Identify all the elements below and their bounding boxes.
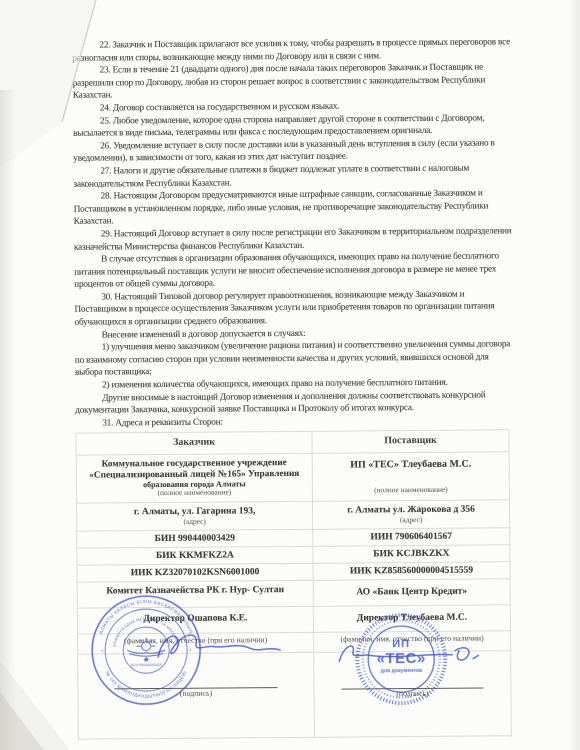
supplier-address-caption: (адрес) — [317, 515, 505, 525]
customer-signature-line — [114, 661, 278, 689]
clause: 25. Любое уведомление, которое одна стор… — [73, 111, 511, 140]
clause: 23. Если в течение 21 (двадцати одного) … — [73, 60, 511, 101]
supplier-bank-cell: АО «Банк Центр Кредит» — [313, 579, 510, 607]
customer-name-caption: (полное наименование) — [81, 488, 308, 498]
supplier-role-cell: Поставщик — [312, 430, 509, 454]
supplier-iin-cell: ИИН 790606401567 — [313, 528, 510, 547]
customer-bin: БИН 990440003429 — [81, 530, 308, 546]
contract-clauses: 22. Заказчик и Поставщик прилагают все у… — [72, 35, 513, 429]
clause: 31. Адреса и реквизиты Сторон: — [75, 413, 513, 429]
supplier-name-cell: ИП «ТЕС» Тлеубаева М.С. (полное наименов… — [312, 452, 509, 502]
supplier-signature-cell: (подпись) — [314, 651, 512, 738]
customer-director: Директор Ошапова К.Е. — [82, 607, 309, 626]
supplier-bik: БИК KCJBKZKX — [317, 545, 505, 560]
supplier-director-cell: Директор Тлеубаева М.С. — [313, 605, 510, 633]
customer-address-cell: г. Алматы, ул. Гагарина 193, (адрес) — [77, 501, 313, 531]
customer-address-caption: (адрес) — [81, 517, 308, 527]
supplier-iik: ИИК KZ858560000004515559 — [317, 562, 505, 577]
clause: 29. Настоящий Договор вступает в силу по… — [74, 224, 512, 253]
supplier-name-caption: (полное наименование) — [317, 485, 505, 495]
customer-bank-cell: Комитет Казначейства РК г. Нур- Султан — [77, 580, 313, 608]
customer-name-line1: Коммунальное государственное учреждение — [81, 454, 308, 470]
clause: 28. Настоящим Договором предусматриваютс… — [74, 186, 512, 227]
supplier-director: Директор Тлеубаева М.С. — [318, 605, 506, 624]
customer-bin-cell: БИН 990440003429 — [77, 529, 313, 548]
customer-fio-caption: (фамилия, имя, отчество (при его наличии… — [82, 633, 309, 646]
customer-name-cell: Коммунальное государственное учреждение … — [76, 453, 312, 503]
clause: Другие вносимые в настоящий Договор изме… — [75, 388, 513, 417]
customer-signature-cell: (подпись) — [78, 652, 315, 739]
supplier-fio-caption: (фамилия, имя, отчество (при его наличии… — [318, 631, 506, 644]
customer-bank: Комитет Казначейства РК г. Нур- Султан — [82, 581, 309, 598]
clause: В случае отсутствия в организации образо… — [74, 249, 512, 290]
clause: 1) улучшения меню заказчиком (увеличение… — [75, 337, 513, 378]
supplier-iin: ИИН 790606401567 — [317, 528, 505, 543]
supplier-iik-cell: ИИК KZ858560000004515559 — [313, 562, 510, 581]
customer-sign-caption: (подпись) — [82, 689, 309, 699]
supplier-sign-caption: (подпись) — [318, 689, 506, 699]
customer-role: Заказчик — [80, 432, 307, 449]
scanned-contract-page: 22. Заказчик и Поставщик прилагают все у… — [0, 0, 580, 750]
customer-fio-caption-cell: (фамилия, имя, отчество (при его наличии… — [78, 632, 314, 654]
supplier-bank: АО «Банк Центр Кредит» — [318, 579, 506, 598]
supplier-bik-cell: БИК KCJBKZKX — [313, 545, 510, 564]
customer-bik: БИК KKMFKZ2A — [81, 547, 308, 563]
clause: 26. Уведомление вступает в силу после до… — [73, 136, 511, 165]
supplier-role: Поставщик — [316, 430, 504, 446]
clause: 30. Настоящий Типовой договор регулирует… — [74, 287, 512, 328]
customer-iik: ИИК KZ32070102KSN6001000 — [81, 564, 308, 580]
customer-director-cell: Директор Ошапова К.Е. — [77, 606, 313, 634]
customer-bik-cell: БИК KKMFKZ2A — [77, 546, 313, 565]
supplier-fio-caption-cell: (фамилия, имя, отчество (при его наличии… — [314, 631, 511, 653]
scan-content: 22. Заказчик и Поставщик прилагают все у… — [0, 0, 580, 750]
supplier-name: ИП «ТЕС» Тлеубаева М.С. — [317, 452, 505, 470]
clause: 27. Налоги и другие обязательные платежи… — [73, 161, 511, 190]
customer-iik-cell: ИИК KZ32070102KSN6001000 — [77, 563, 313, 582]
supplier-address-cell: г. Алматы ул. Жарокова д 356 (адрес) — [312, 500, 509, 530]
parties-table: Заказчик Поставщик Коммунальное государс… — [75, 429, 511, 739]
supplier-signature-line — [341, 659, 484, 689]
clause: 22. Заказчик и Поставщик прилагают все у… — [72, 35, 510, 64]
customer-role-cell: Заказчик — [76, 431, 312, 455]
